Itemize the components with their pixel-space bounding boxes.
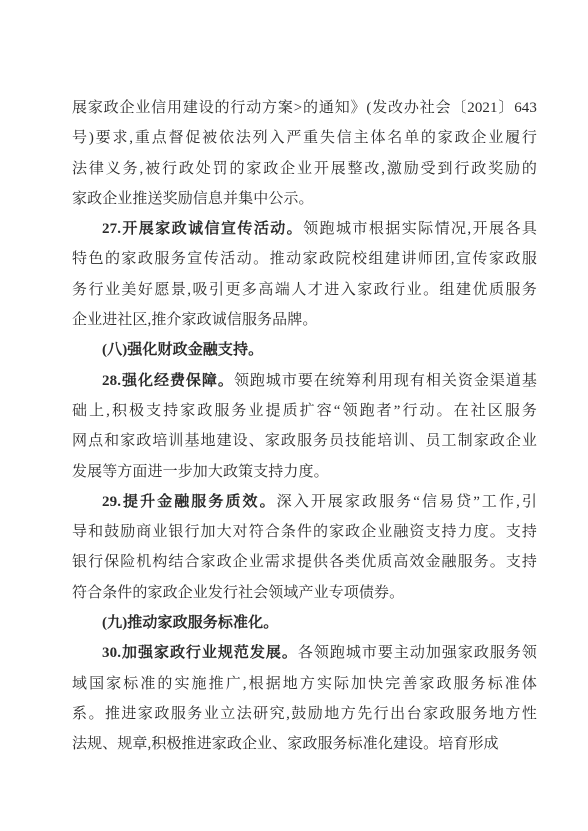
text-line: 导和鼓励商业银行加大对符合条件的家政企业融资支持力度。支持 [72,517,537,547]
body-text: 网点和家政培训基地建设、家政服务员技能培训、员工制家政企业 [72,433,537,449]
body-text: 导和鼓励商业银行加大对符合条件的家政企业融资支持力度。支持 [72,524,537,540]
body-text: 础上,积极支持家政服务业提质扩容“领跑者”行动。在社区服务 [72,403,537,419]
item-number-lead: 30.加强家政行业规范发展。 [102,645,298,661]
item-number-lead: 29.提升金融服务质效。 [102,494,277,510]
text-line: 家政企业推送奖励信息并集中公示。 [72,184,537,214]
body-text: 深入开展家政服务“信易贷”工作,引 [277,494,537,510]
text-line: 28.强化经费保障。领跑城市要在统筹利用现有相关资金渠道基 [72,366,537,396]
document-body: 展家政企业信用建设的行动方案>的通知》(发改办社会〔2021〕643号)要求,重… [72,93,537,760]
text-line: 法规、规章,积极推进家政企业、家政服务标准化建设。培育形成 [72,729,537,759]
text-line: 符合条件的家政企业发行社会领域产业专项债券。 [72,578,537,608]
text-line: 法律义务,被行政处罚的家政企业开展整改,激励受到行政奖励的 [72,154,537,184]
body-text: 法规、规章,积极推进家政企业、家政服务标准化建设。培育形成 [72,736,499,752]
body-text: 企业进社区,推介家政诚信服务品牌。 [72,312,317,328]
text-line: 展家政企业信用建设的行动方案>的通知》(发改办社会〔2021〕643 [72,93,537,123]
text-line: 特色的家政服务宣传活动。推动家政院校组建讲师团,宣传家政服 [72,244,537,274]
body-text: 符合条件的家政企业发行社会领域产业专项债券。 [72,585,404,601]
section-heading-line: (八)强化财政金融支持。 [72,335,537,365]
body-text: 银行保险机构结合家政企业需求提供各类优质高效金融服务。支持 [72,554,537,570]
text-line: 发展等方面进一步加大政策支持力度。 [72,457,537,487]
body-text: 领跑城市根据实际情况,开展各具 [303,221,537,237]
body-text: (九)推动家政服务标准化。 [102,615,278,631]
section-heading-line: (九)推动家政服务标准化。 [72,608,537,638]
text-line: 27.开展家政诚信宣传活动。领跑城市根据实际情况,开展各具 [72,214,537,244]
body-text: 号)要求,重点督促被依法列入严重失信主体名单的家政企业履行 [72,130,537,146]
body-text: 域国家标准的实施推广,根据地方实际加快完善家政服务标准体 [72,676,537,692]
body-text: 法律义务,被行政处罚的家政企业开展整改,激励受到行政奖励的 [72,161,537,177]
body-text: 特色的家政服务宣传活动。推动家政院校组建讲师团,宣传家政服 [72,251,537,267]
body-text: (八)强化财政金融支持。 [102,342,263,358]
body-text: 发展等方面进一步加大政策支持力度。 [72,464,329,480]
text-line: 域国家标准的实施推广,根据地方实际加快完善家政服务标准体 [72,669,537,699]
body-text: 家政企业推送奖励信息并集中公示。 [72,191,314,207]
body-text: 各领跑城市要主动加强家政服务领 [298,645,537,661]
body-text: 务行业美好愿景,吸引更多高端人才进入家政行业。组建优质服务 [72,282,537,298]
text-line: 30.加强家政行业规范发展。各领跑城市要主动加强家政服务领 [72,638,537,668]
text-line: 务行业美好愿景,吸引更多高端人才进入家政行业。组建优质服务 [72,275,537,305]
text-line: 企业进社区,推介家政诚信服务品牌。 [72,305,537,335]
body-text: 展家政企业信用建设的行动方案>的通知》(发改办社会〔2021〕643 [72,100,537,116]
text-line: 银行保险机构结合家政企业需求提供各类优质高效金融服务。支持 [72,547,537,577]
text-line: 号)要求,重点督促被依法列入严重失信主体名单的家政企业履行 [72,123,537,153]
document-page: 展家政企业信用建设的行动方案>的通知》(发改办社会〔2021〕643号)要求,重… [0,0,588,831]
item-number-lead: 27.开展家政诚信宣传活动。 [102,221,303,237]
text-line: 网点和家政培训基地建设、家政服务员技能培训、员工制家政企业 [72,426,537,456]
text-line: 系。推进家政服务业立法研究,鼓励地方先行出台家政服务地方性 [72,699,537,729]
text-line: 29.提升金融服务质效。深入开展家政服务“信易贷”工作,引 [72,487,537,517]
body-text: 领跑城市要在统筹利用现有相关资金渠道基 [234,373,537,389]
body-text: 系。推进家政服务业立法研究,鼓励地方先行出台家政服务地方性 [72,706,537,722]
text-line: 础上,积极支持家政服务业提质扩容“领跑者”行动。在社区服务 [72,396,537,426]
item-number-lead: 28.强化经费保障。 [102,373,234,389]
